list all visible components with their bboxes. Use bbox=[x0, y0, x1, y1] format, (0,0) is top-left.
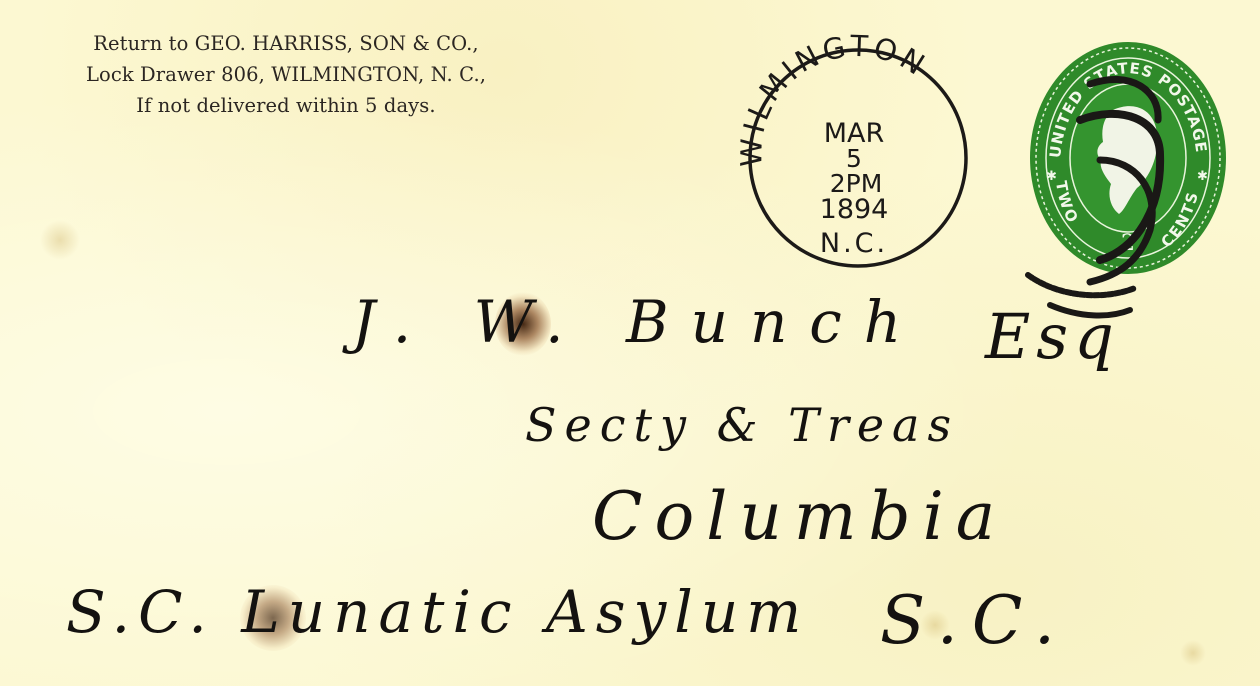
postmark: WILMINGTON MAR 5 2PM 1894 N.C. bbox=[742, 42, 974, 274]
return-address-line-2: Lock Drawer 806, WILMINGTON, N. C., bbox=[62, 59, 510, 90]
stamp-denomination: 2 bbox=[1121, 231, 1135, 256]
washington-stamp-icon: UNITED STATES POSTAGE TWO CENTS ✱ ✱ 2 bbox=[1025, 38, 1230, 278]
foxing-spot bbox=[1180, 640, 1206, 666]
return-address: Return to GEO. HARRISS, SON & CO., Lock … bbox=[62, 28, 510, 121]
svg-text:✱: ✱ bbox=[1046, 169, 1057, 184]
addressee-honorific: Esq bbox=[985, 300, 1120, 373]
envelope: Return to GEO. HARRISS, SON & CO., Lock … bbox=[0, 0, 1260, 686]
postmark-state: N.C. bbox=[820, 228, 888, 259]
addressee-name: J. W. Bunch bbox=[352, 288, 923, 356]
address-institution: S.C. Lunatic Asylum bbox=[66, 578, 809, 646]
address-state: S.C. bbox=[880, 582, 1069, 659]
addressee-title: Secty & Treas bbox=[525, 398, 959, 452]
postmark-circle-icon: WILMINGTON MAR 5 2PM 1894 N.C. bbox=[742, 42, 974, 274]
embossed-stamp: UNITED STATES POSTAGE TWO CENTS ✱ ✱ 2 bbox=[1025, 38, 1230, 278]
postmark-year: 1894 bbox=[820, 194, 889, 225]
svg-text:✱: ✱ bbox=[1197, 169, 1208, 184]
foxing-spot bbox=[40, 220, 80, 260]
return-address-line-1: Return to GEO. HARRISS, SON & CO., bbox=[62, 28, 510, 59]
address-city: Columbia bbox=[592, 478, 1007, 555]
return-address-line-3: If not delivered within 5 days. bbox=[62, 90, 510, 121]
